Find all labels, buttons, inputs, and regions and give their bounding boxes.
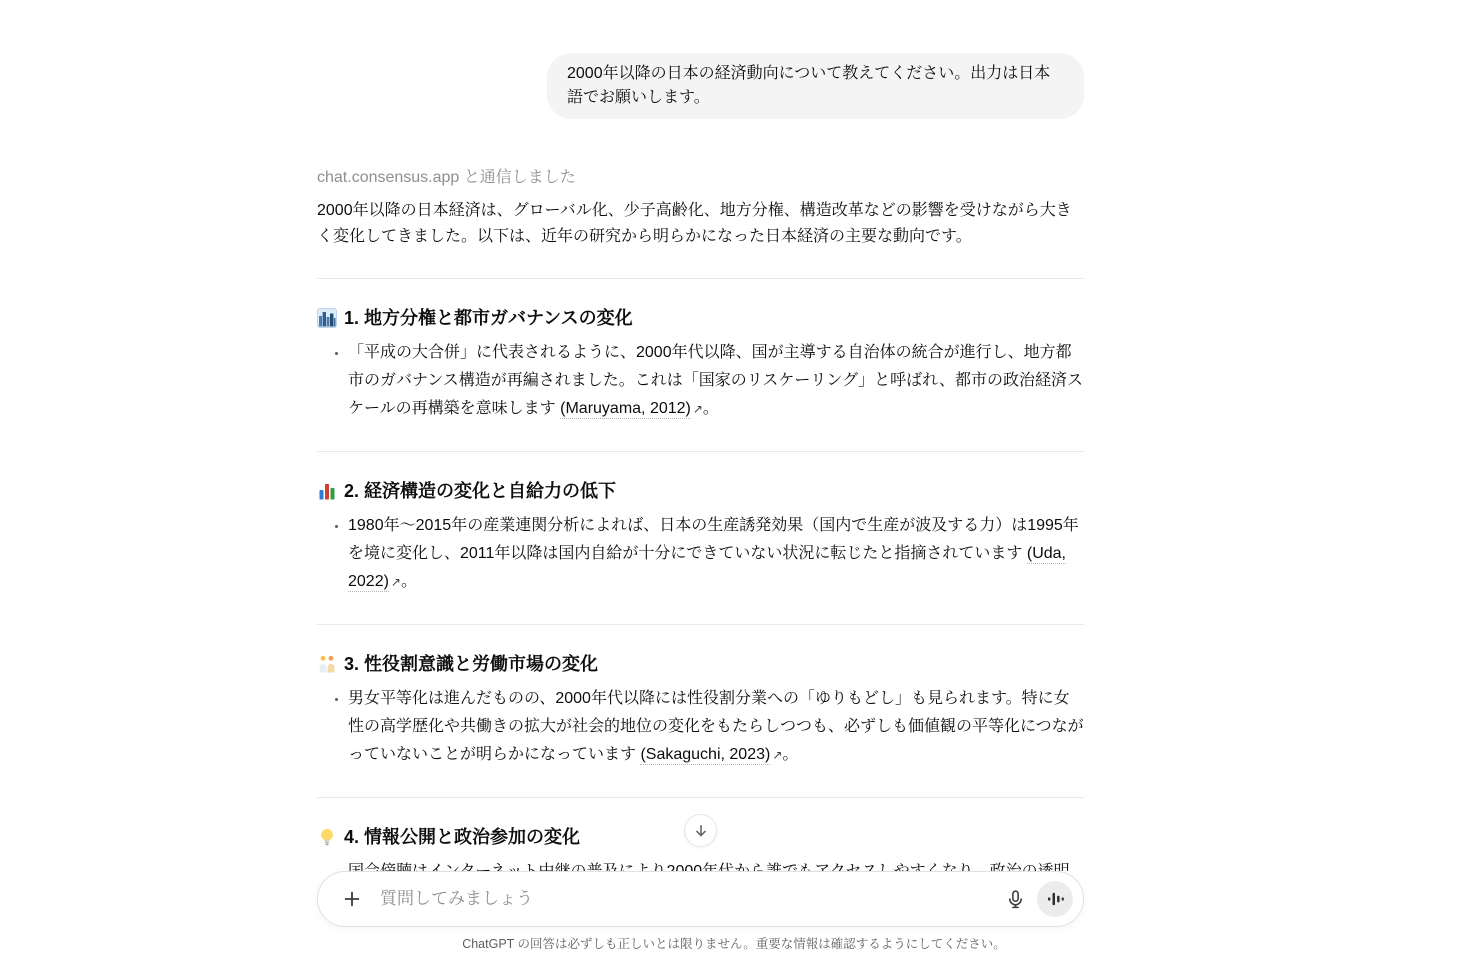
section-1-bullets: 「平成の大合併」に代表されるように、2000年代以降、国が主導する自治体の統合が… <box>317 339 1084 423</box>
section-1-title: 1. 地方分権と都市ガバナンスの変化 <box>344 306 633 330</box>
citation-link[interactable]: (Maruyama, 2012) <box>560 400 691 419</box>
voice-mode-button[interactable] <box>1037 881 1073 917</box>
section-divider <box>317 797 1084 798</box>
section-2-title: 2. 経済構造の変化と自給力の低下 <box>344 479 616 503</box>
section-divider <box>317 451 1084 452</box>
attach-button[interactable] <box>334 881 370 917</box>
arrow-down-icon <box>692 822 710 840</box>
section-2-header: 2. 経済構造の変化と自給力の低下 <box>317 479 1084 503</box>
section-4-title: 4. 情報公開と政治参加の変化 <box>344 825 580 849</box>
tool-call-note: chat.consensus.app と通信しました <box>317 169 1084 187</box>
composer[interactable] <box>317 871 1084 927</box>
two-people-emoji <box>317 654 337 674</box>
external-link-arrow-icon[interactable]: ↗ <box>772 748 782 762</box>
composer-bar: ChatGPT の回答は必ずしも正しいとは限りません。重要な情報は確認するように… <box>0 871 1468 959</box>
external-link-arrow-icon[interactable]: ↗ <box>391 575 401 589</box>
bullet-text-end: 。 <box>703 400 719 417</box>
citation-link[interactable]: (Sakaguchi, 2023) <box>640 746 770 765</box>
bullet-text-end: 。 <box>782 746 798 763</box>
dictate-button[interactable] <box>997 881 1033 917</box>
bullet-text-end: 。 <box>401 573 417 590</box>
section-2-bullets: 1980年〜2015年の産業連関分析によれば、日本の生産誘発効果（国内で生産が波… <box>317 512 1084 596</box>
microphone-icon <box>1005 889 1026 910</box>
voice-mode-icon <box>1045 889 1065 909</box>
section-3-bullets: 男女平等化は進んだものの、2000年代以降には性役割分業への「ゆりもどし」も見ら… <box>317 685 1084 769</box>
conversation-column: 2000年以降の日本の経済動向について教えてください。出力は日本語でお願いします… <box>317 0 1084 886</box>
plus-icon <box>341 888 363 910</box>
list-item: 1980年〜2015年の産業連関分析によれば、日本の生産誘発効果（国内で生産が波… <box>348 512 1084 596</box>
message-input[interactable] <box>378 888 997 910</box>
section-1-header: 1. 地方分権と都市ガバナンスの変化 <box>317 306 1084 330</box>
user-message-row: 2000年以降の日本の経済動向について教えてください。出力は日本語でお願いします… <box>317 53 1084 119</box>
section-divider <box>317 278 1084 279</box>
chat-page: 2000年以降の日本の経済動向について教えてください。出力は日本語でお願いします… <box>0 0 1468 959</box>
scroll-to-bottom-button[interactable] <box>684 814 717 847</box>
bullet-text: 1980年〜2015年の産業連関分析によれば、日本の生産誘発効果（国内で生産が波… <box>348 517 1079 562</box>
list-item: 「平成の大合併」に代表されるように、2000年代以降、国が主導する自治体の統合が… <box>348 339 1084 423</box>
section-3-header: 3. 性役割意識と労働市場の変化 <box>317 652 1084 676</box>
list-item: 男女平等化は進んだものの、2000年代以降には性役割分業への「ゆりもどし」も見ら… <box>348 685 1084 769</box>
cityscape-emoji <box>317 308 337 328</box>
assistant-intro-paragraph: 2000年以降の日本経済は、グローバル化、少子高齢化、地方分権、構造改革などの影… <box>317 198 1084 250</box>
lightbulb-emoji <box>317 827 337 847</box>
bar-chart-emoji <box>317 481 337 501</box>
section-3-title: 3. 性役割意識と労働市場の変化 <box>344 652 598 676</box>
disclaimer-text: ChatGPT の回答は必ずしも正しいとは限りません。重要な情報は確認するように… <box>0 934 1468 952</box>
section-divider <box>317 624 1084 625</box>
user-message-bubble: 2000年以降の日本の経済動向について教えてください。出力は日本語でお願いします… <box>547 53 1084 119</box>
external-link-arrow-icon[interactable]: ↗ <box>693 402 703 416</box>
